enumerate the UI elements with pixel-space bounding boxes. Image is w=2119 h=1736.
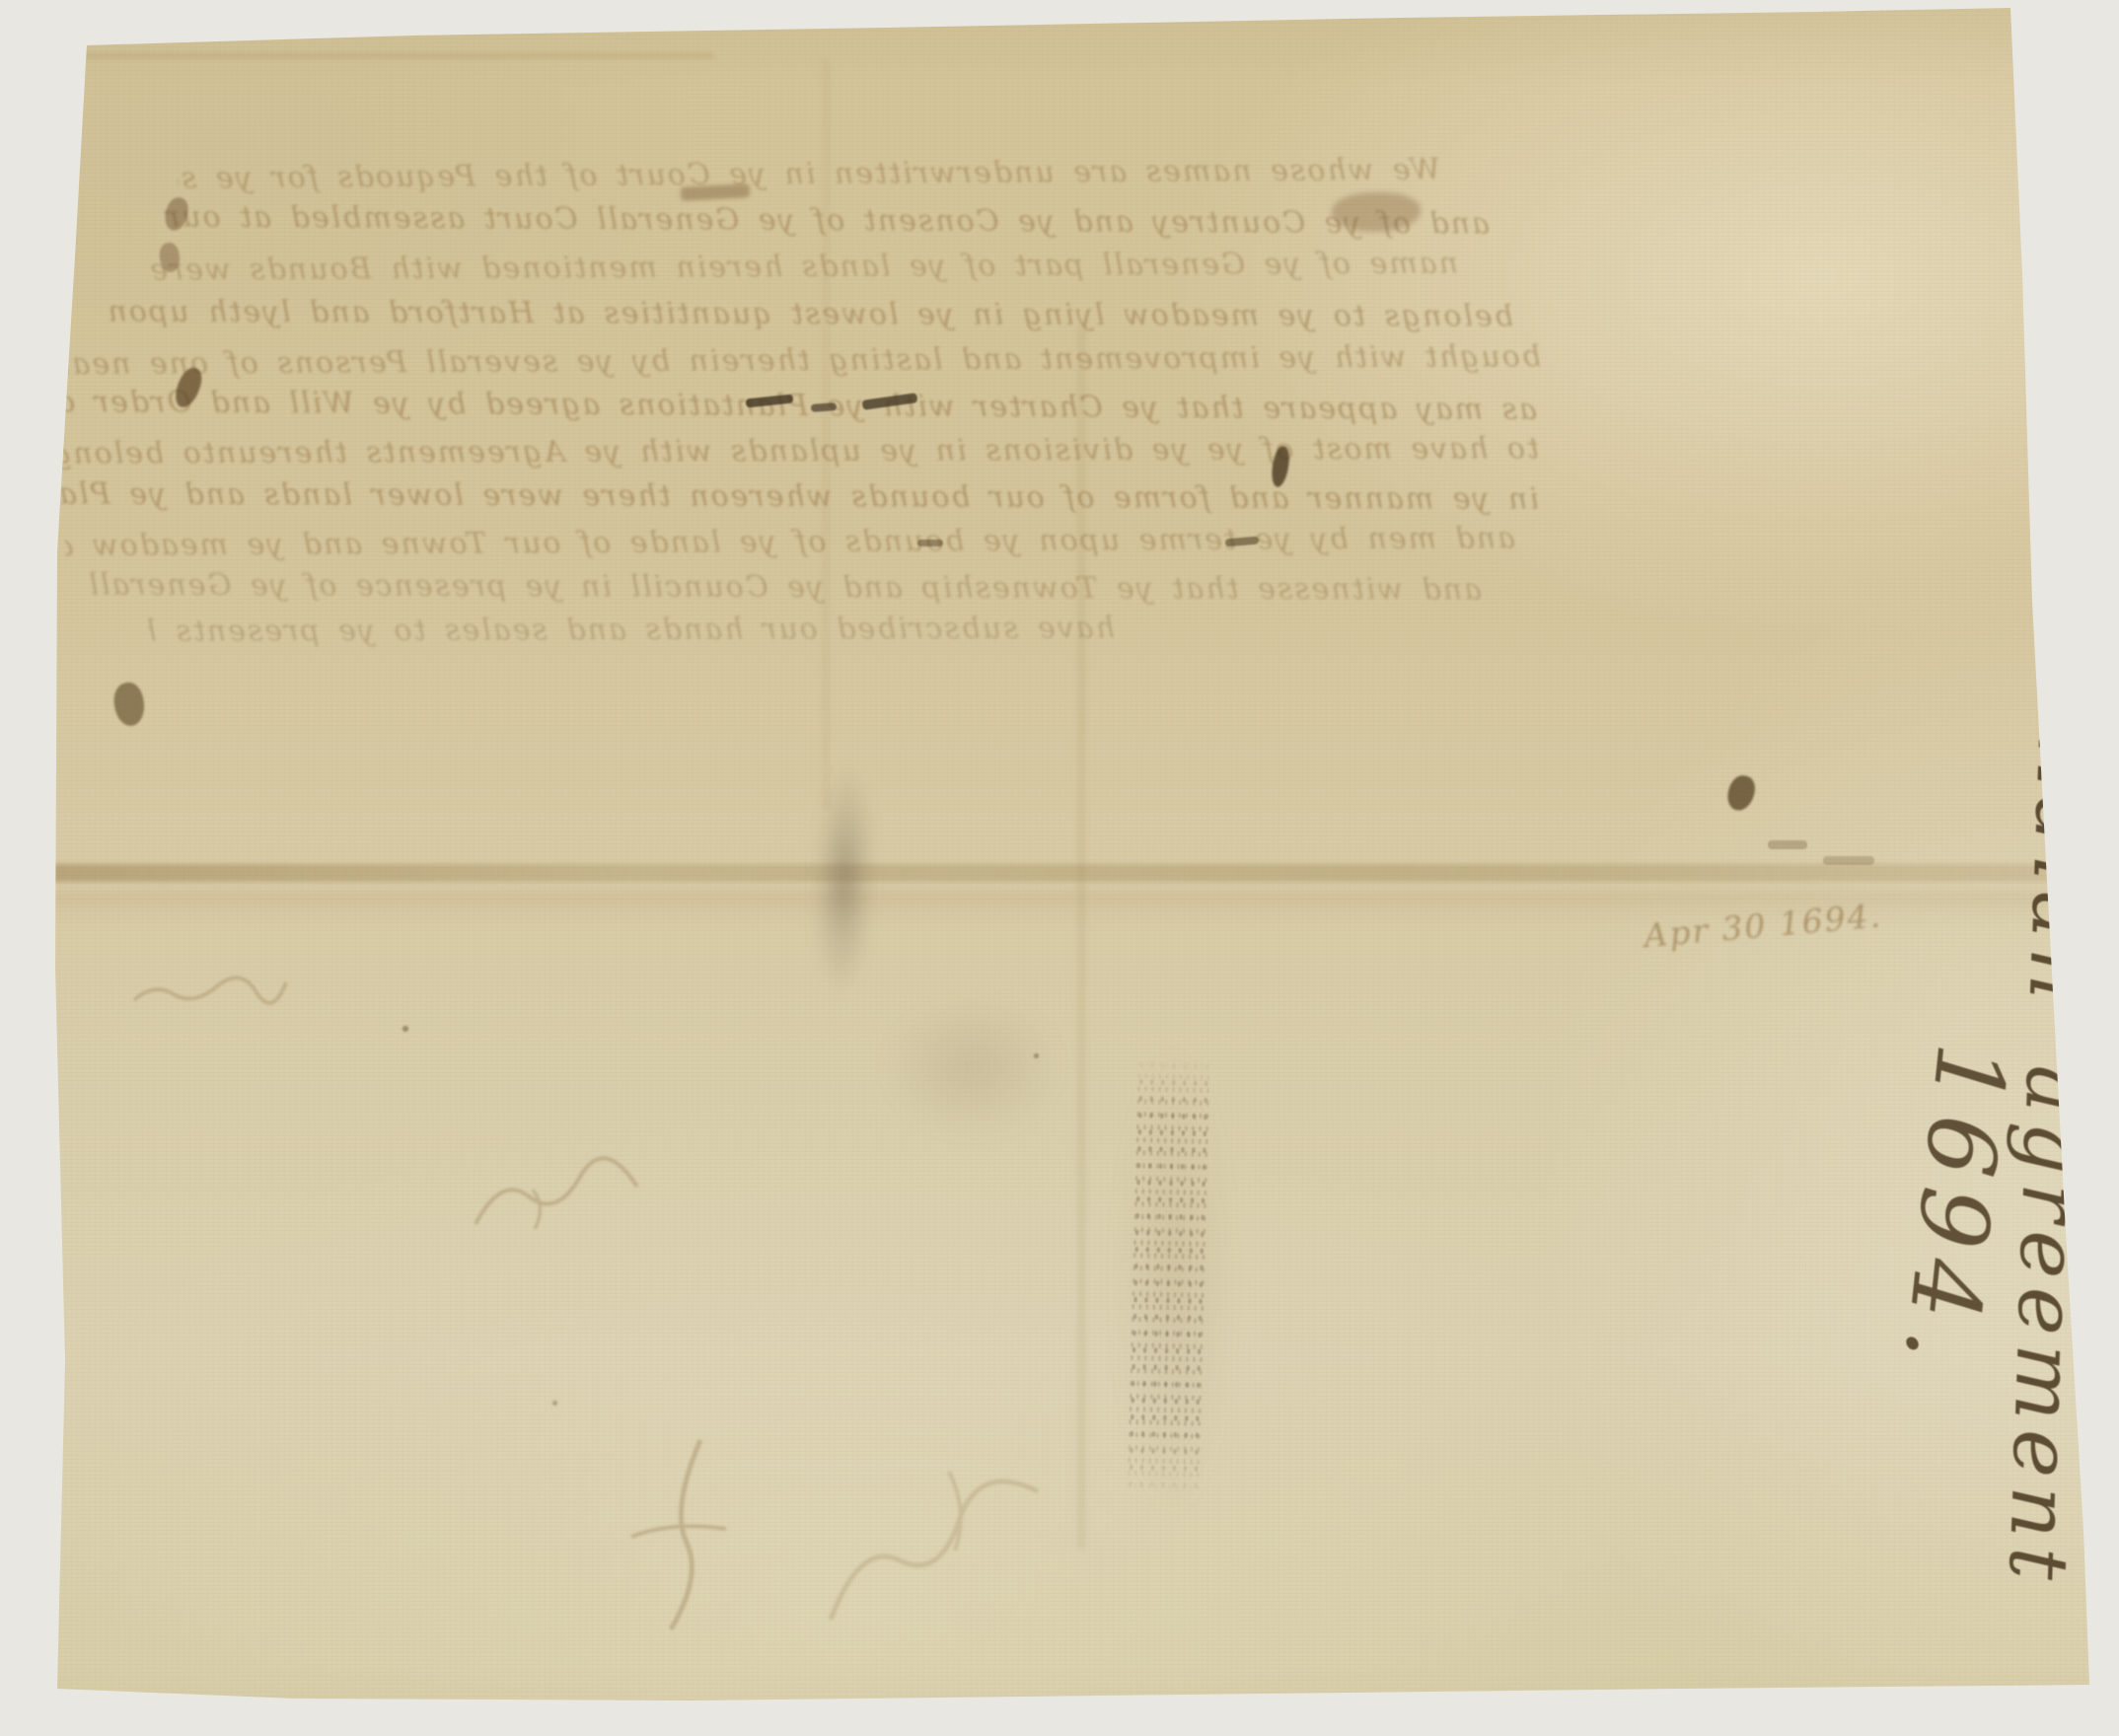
parchment-sheet: We whose names are underwritten in ye Co… xyxy=(0,0,2119,1736)
document-scan: We whose names are underwritten in ye Co… xyxy=(0,0,2119,1736)
edge-vignette xyxy=(0,0,2119,1736)
